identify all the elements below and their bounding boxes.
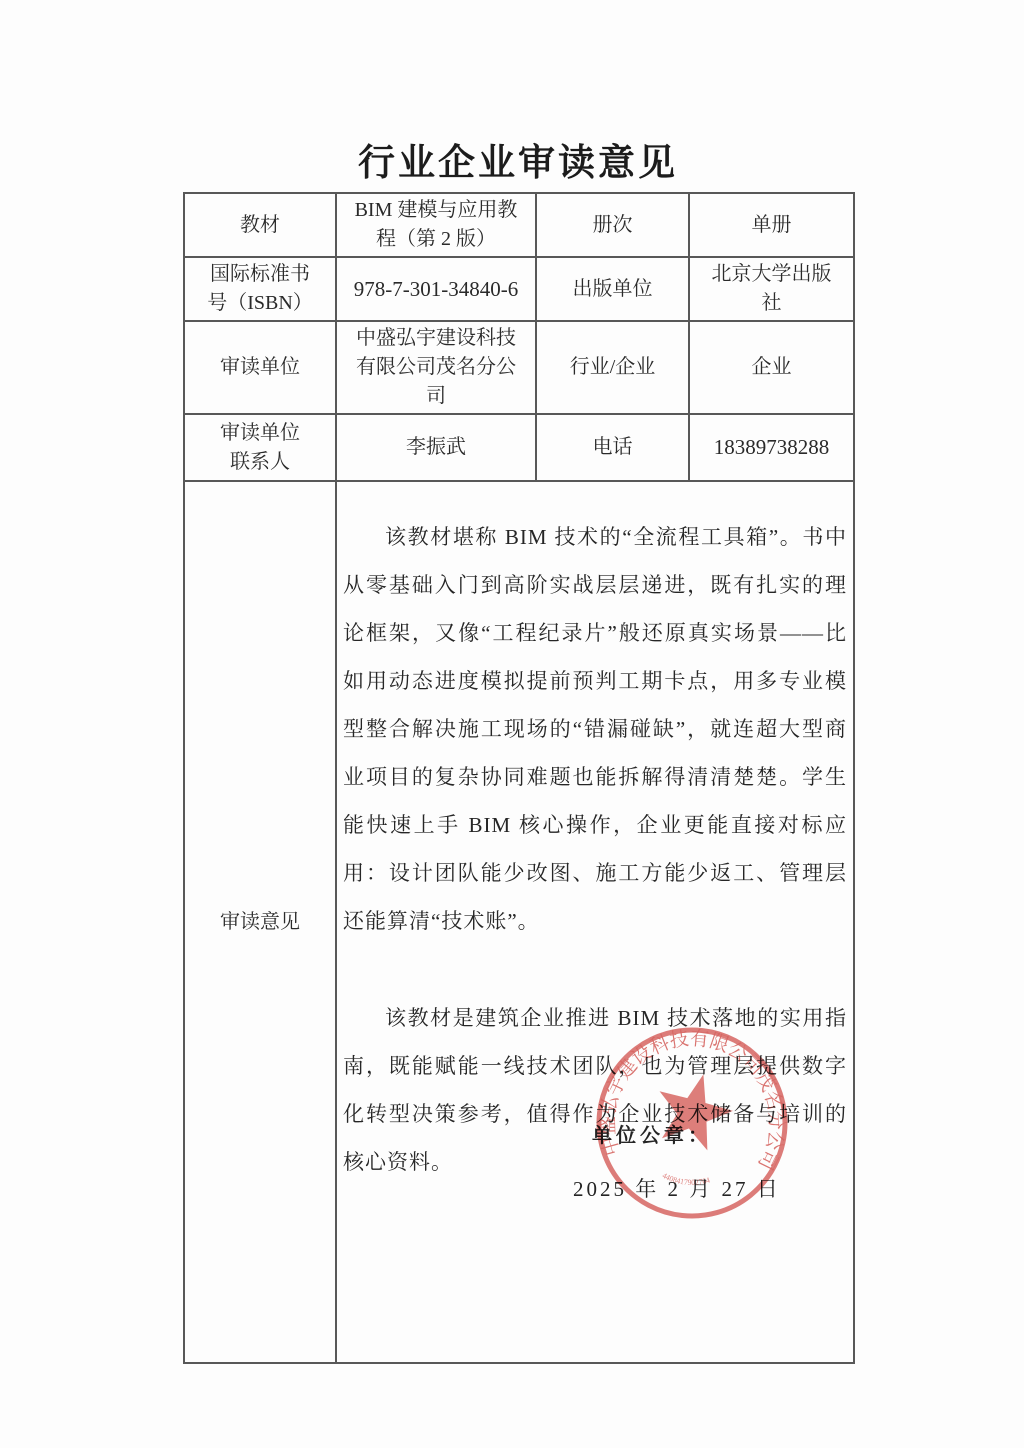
reviewer-label: 审读单位	[184, 321, 336, 414]
volume-value: 单册	[689, 193, 854, 257]
document-page: 行业企业审读意见 教材 BIM 建模与应用教 程（第 2 版） 册次 单册 国际…	[0, 0, 1024, 1448]
contact-value: 李振武	[336, 414, 536, 481]
review-date: 2025 年 2 月 27 日	[573, 1174, 781, 1204]
publisher-value: 北京大学出版 社	[689, 257, 854, 321]
page-title: 行业企业审读意见	[183, 132, 853, 186]
opinion-cell: 该教材堪称 BIM 技术的“全流程工具箱”。书中从零基础入门到高阶实战层层递进，…	[336, 481, 854, 1363]
opinion-label: 审读意见	[184, 481, 336, 1363]
phone-value: 18389738288	[689, 414, 854, 481]
review-form-table: 教材 BIM 建模与应用教 程（第 2 版） 册次 单册 国际标准书 号（ISB…	[183, 192, 855, 1364]
table-row: 审读单位 联系人 李振武 电话 18389738288	[184, 414, 854, 481]
reviewer-value: 中盛弘宇建设科技 有限公司茂名分公 司	[336, 321, 536, 414]
seal-caption: 单位公章：	[592, 1122, 712, 1151]
phone-label: 电话	[536, 414, 689, 481]
table-row: 教材 BIM 建模与应用教 程（第 2 版） 册次 单册	[184, 193, 854, 257]
isbn-label: 国际标准书 号（ISBN）	[184, 257, 336, 321]
table-row: 审读意见 该教材堪称 BIM 技术的“全流程工具箱”。书中从零基础入门到高阶实战…	[184, 481, 854, 1363]
industry-label: 行业/企业	[536, 321, 689, 414]
contact-label: 审读单位 联系人	[184, 414, 336, 481]
table-row: 国际标准书 号（ISBN） 978-7-301-34840-6 出版单位 北京大…	[184, 257, 854, 321]
volume-label: 册次	[536, 193, 689, 257]
table-row: 审读单位 中盛弘宇建设科技 有限公司茂名分公 司 行业/企业 企业	[184, 321, 854, 414]
publisher-label: 出版单位	[536, 257, 689, 321]
opinion-paragraph-2: 该教材是建筑企业推进 BIM 技术落地的实用指南，既能赋能一线技术团队，也为管理…	[343, 994, 847, 1186]
isbn-value: 978-7-301-34840-6	[336, 257, 536, 321]
textbook-value: BIM 建模与应用教 程（第 2 版）	[336, 193, 536, 257]
opinion-paragraph-1: 该教材堪称 BIM 技术的“全流程工具箱”。书中从零基础入门到高阶实战层层递进，…	[343, 513, 847, 945]
industry-value: 企业	[689, 321, 854, 414]
textbook-label: 教材	[184, 193, 336, 257]
